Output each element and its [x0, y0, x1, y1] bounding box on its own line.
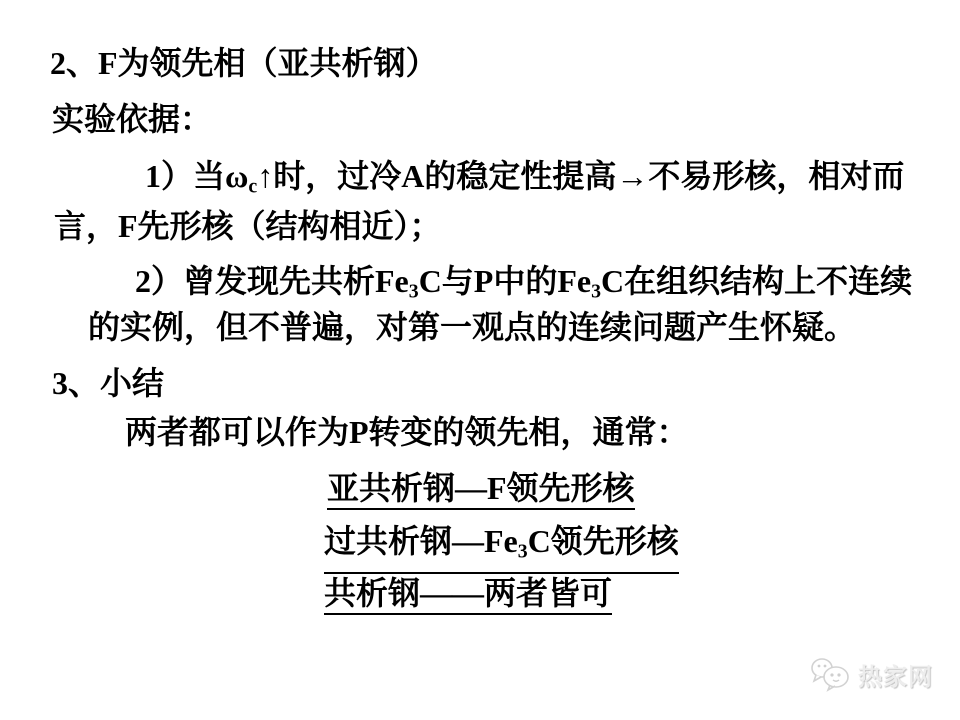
summary-intro: 两者都可以作为P转变的领先相，通常： — [125, 415, 689, 449]
section-2-heading: 2、F为领先相（亚共析钢） — [50, 46, 438, 80]
experimental-basis-label: 实验依据： — [52, 102, 212, 136]
text-segment: 过共析钢—Fe — [324, 523, 518, 559]
watermark: 热家网 — [810, 656, 933, 692]
conclusion-eutectoid: 共析钢——两者皆可 — [324, 576, 612, 615]
text-segment: 3、小结 — [52, 365, 164, 401]
point-1-line-1: 1）当ωc↑时，过冷A的稳定性提高→不易形核，相对而 — [145, 159, 904, 204]
text-segment: 2）曾发现先共析Fe — [135, 263, 409, 299]
slide: 2、F为领先相（亚共析钢） 实验依据： 1）当ωc↑时，过冷A的稳定性提高→不易… — [0, 0, 960, 720]
point-2-line-1: 2）曾发现先共析Fe3C与P中的Fe3C在组织结构上不连续 — [135, 264, 912, 309]
text-segment: 1）当ω — [145, 158, 248, 194]
subscript-3: 3 — [518, 541, 528, 563]
text-segment: 共析钢——两者皆可 — [324, 575, 612, 611]
text-segment: 的实例，但不普遍，对第一观点的连续问题产生怀疑。 — [88, 309, 856, 345]
point-1-line-2: 言，F先形核（结构相近）； — [54, 209, 442, 243]
section-3-heading: 3、小结 — [52, 366, 164, 400]
subscript-c: c — [248, 176, 257, 198]
text-segment: 两者都可以作为P转变的领先相，通常： — [125, 414, 689, 450]
subscript-3: 3 — [409, 281, 419, 303]
point-2-line-2: 的实例，但不普遍，对第一观点的连续问题产生怀疑。 — [88, 310, 856, 344]
text-segment: 实验依据： — [52, 101, 212, 137]
text-segment: C领先形核 — [528, 523, 679, 559]
text-segment: 亚共析钢—F领先形核 — [327, 470, 635, 506]
watermark-site-name: 热家网 — [858, 657, 933, 692]
conclusion-hypereutectoid: 过共析钢—Fe3C领先形核 — [324, 524, 679, 574]
text-segment: 言，F先形核（结构相近）； — [54, 208, 442, 244]
chat-bubbles-icon — [810, 656, 852, 692]
subscript-3: 3 — [591, 281, 601, 303]
text-segment: C与P中的Fe — [419, 263, 591, 299]
text-segment: C在组织结构上不连续 — [601, 263, 912, 299]
text-segment: ↑时，过冷A的稳定性提高→不易形核，相对而 — [257, 158, 904, 194]
text-segment: 2、F为领先相（亚共析钢） — [50, 45, 438, 81]
conclusion-hypoeutectoid: 亚共析钢—F领先形核 — [327, 471, 635, 510]
